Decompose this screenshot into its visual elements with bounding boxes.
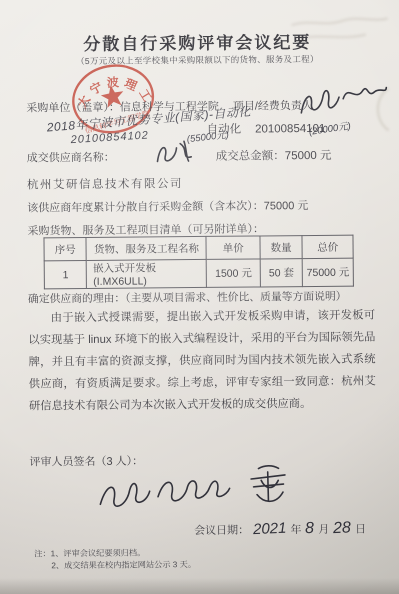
footer-notes: 注：1、评审会议纪要须归档。 2、成交结果在校内指定网站公示 3 天。 xyxy=(34,547,196,571)
annual-amount-line: 该供应商年度累计分散自行采购金额（含本次）：75000 元 xyxy=(27,197,308,215)
meeting-date-line: 会议日期：2021年8月28日 xyxy=(194,520,366,540)
annual-amount-label: 该供应商年度累计分散自行采购金额（含本次）： xyxy=(27,200,264,214)
supplier-line: 成交供应商名称： 成交总金额：75000 元 xyxy=(27,149,115,166)
page-title: 分散自行采购评审会议纪要 xyxy=(0,27,397,55)
header-total-price: 总价 xyxy=(302,235,353,258)
note-item-1: 1、评审会议纪要须归档。 xyxy=(51,548,146,558)
date-year-unit: 年 xyxy=(290,524,301,536)
supplier-name-label: 成交供应商名称： xyxy=(27,152,115,165)
cell-total-price: 75000 元 xyxy=(302,258,353,286)
supplier-name-value: 杭州艾研信息技术有限公司 xyxy=(27,175,183,192)
cell-name: 嵌入式开发板(I.MX6ULL) xyxy=(87,259,207,288)
unit-label: 采购单位（盖章）： xyxy=(26,102,120,115)
date-month-unit: 月 xyxy=(318,524,329,536)
reason-label: 确定供应商的理由：（主要从项目需求、性价比、质量等方面说明） xyxy=(28,289,347,307)
reason-body: 由于嵌入式授课需要，提出嵌入式开发板采购申请，该开发板可以实现基于 linux … xyxy=(28,304,376,417)
header-unit-price: 单价 xyxy=(206,236,260,259)
items-table: 序号 货物、服务及工程名称 单价 数量 总价 1 嵌入式开发板(I.MX6ULL… xyxy=(43,235,353,290)
notes-label: 注： xyxy=(34,549,50,558)
date-day-handwritten: 28 xyxy=(333,519,352,538)
page-subtitle: （5万元及以上至学校集中采购限额以下的货物、服务及工程） xyxy=(0,52,397,67)
date-day-unit: 日 xyxy=(355,524,366,536)
table-header-row: 序号 货物、服务及工程名称 单价 数量 总价 xyxy=(44,235,353,261)
date-month-handwritten: 8 xyxy=(305,520,315,538)
table-row: 1 嵌入式开发板(I.MX6ULL) 1500 元 50 套 75000 元 xyxy=(44,258,353,289)
document-photo: 分散自行采购评审会议纪要 （5万元及以上至学校集中采购限额以下的货物、服务及工程… xyxy=(0,0,399,594)
cell-index: 1 xyxy=(44,260,87,288)
cell-unit-price: 1500 元 xyxy=(207,259,261,287)
cell-quantity: 50 套 xyxy=(260,259,303,287)
header-index: 序号 xyxy=(44,237,87,260)
total-amount-label: 成交总金额： xyxy=(216,150,285,163)
meeting-date-label: 会议日期： xyxy=(194,525,249,537)
date-year-handwritten: 2021 xyxy=(253,520,287,538)
header-quantity: 数量 xyxy=(260,236,303,259)
header-name: 货物、服务及工程名称 xyxy=(86,236,206,260)
total-amount-value: 75000 元 xyxy=(285,150,332,162)
total-amount-group: 成交总金额：75000 元 xyxy=(216,147,332,164)
paper-document: 分散自行采购评审会议纪要 （5万元及以上至学校集中采购限额以下的货物、服务及工程… xyxy=(0,0,399,594)
supplier-annotation-signature xyxy=(148,134,198,168)
note-item-2: 2、成交结果在校内指定网站公示 3 天。 xyxy=(51,560,196,570)
leader-signature xyxy=(295,76,393,123)
signers-label: 评审人员签名（3 人）： xyxy=(29,452,143,469)
annual-amount-value: 75000 元 xyxy=(264,200,309,212)
